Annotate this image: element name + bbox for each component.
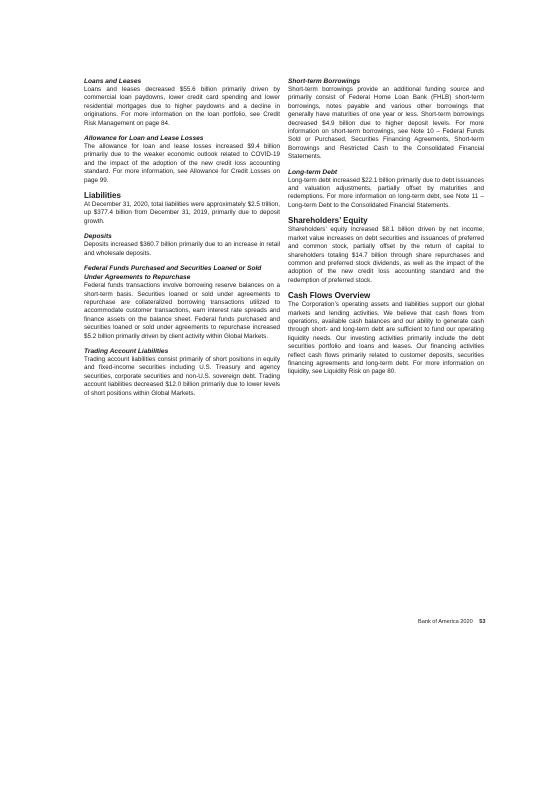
section-heading: Short-term Borrowings — [288, 77, 484, 86]
left-column: Loans and Leases Loans and leases decrea… — [84, 77, 280, 404]
section-body: Shareholders’ equity increased $8.1 bill… — [288, 226, 484, 285]
section-body: The allowance for loan and lease losses … — [84, 143, 280, 185]
section-body: The Corporation’s operating assets and l… — [288, 301, 484, 377]
section-heading: Allowance for Loan and Lease Losses — [84, 134, 280, 143]
section-heading: Deposits — [84, 232, 280, 241]
section-body: Federal funds transactions involve borro… — [84, 282, 280, 341]
section-body: Loans and leases decreased $55.6 billion… — [84, 86, 280, 128]
right-column: Short-term Borrowings Short-term borrowi… — [288, 77, 484, 383]
section-heading: Liabilities — [84, 191, 280, 201]
page-footer: Bank of America 2020 53 — [418, 619, 486, 625]
section-heading: Long-term Debt — [288, 168, 484, 177]
section-heading: Trading Account Liabilities — [84, 347, 280, 356]
footer-company: Bank of America 2020 — [418, 619, 473, 625]
section-body: Long-term debt increased $22.1 billion p… — [288, 177, 484, 211]
section-body: At December 31, 2020, total liabilities … — [84, 201, 280, 226]
section-heading: Federal Funds Purchased and Securities L… — [84, 264, 280, 282]
section-body: Deposits increased $360.7 billion primar… — [84, 241, 280, 258]
page-number: 53 — [479, 619, 485, 625]
section-body: Short-term borrowings provide an additio… — [288, 86, 484, 162]
section-heading: Cash Flows Overview — [288, 291, 484, 301]
section-body: Trading account liabilities consist prim… — [84, 356, 280, 398]
section-heading: Shareholders’ Equity — [288, 216, 484, 226]
section-heading: Loans and Leases — [84, 77, 280, 86]
